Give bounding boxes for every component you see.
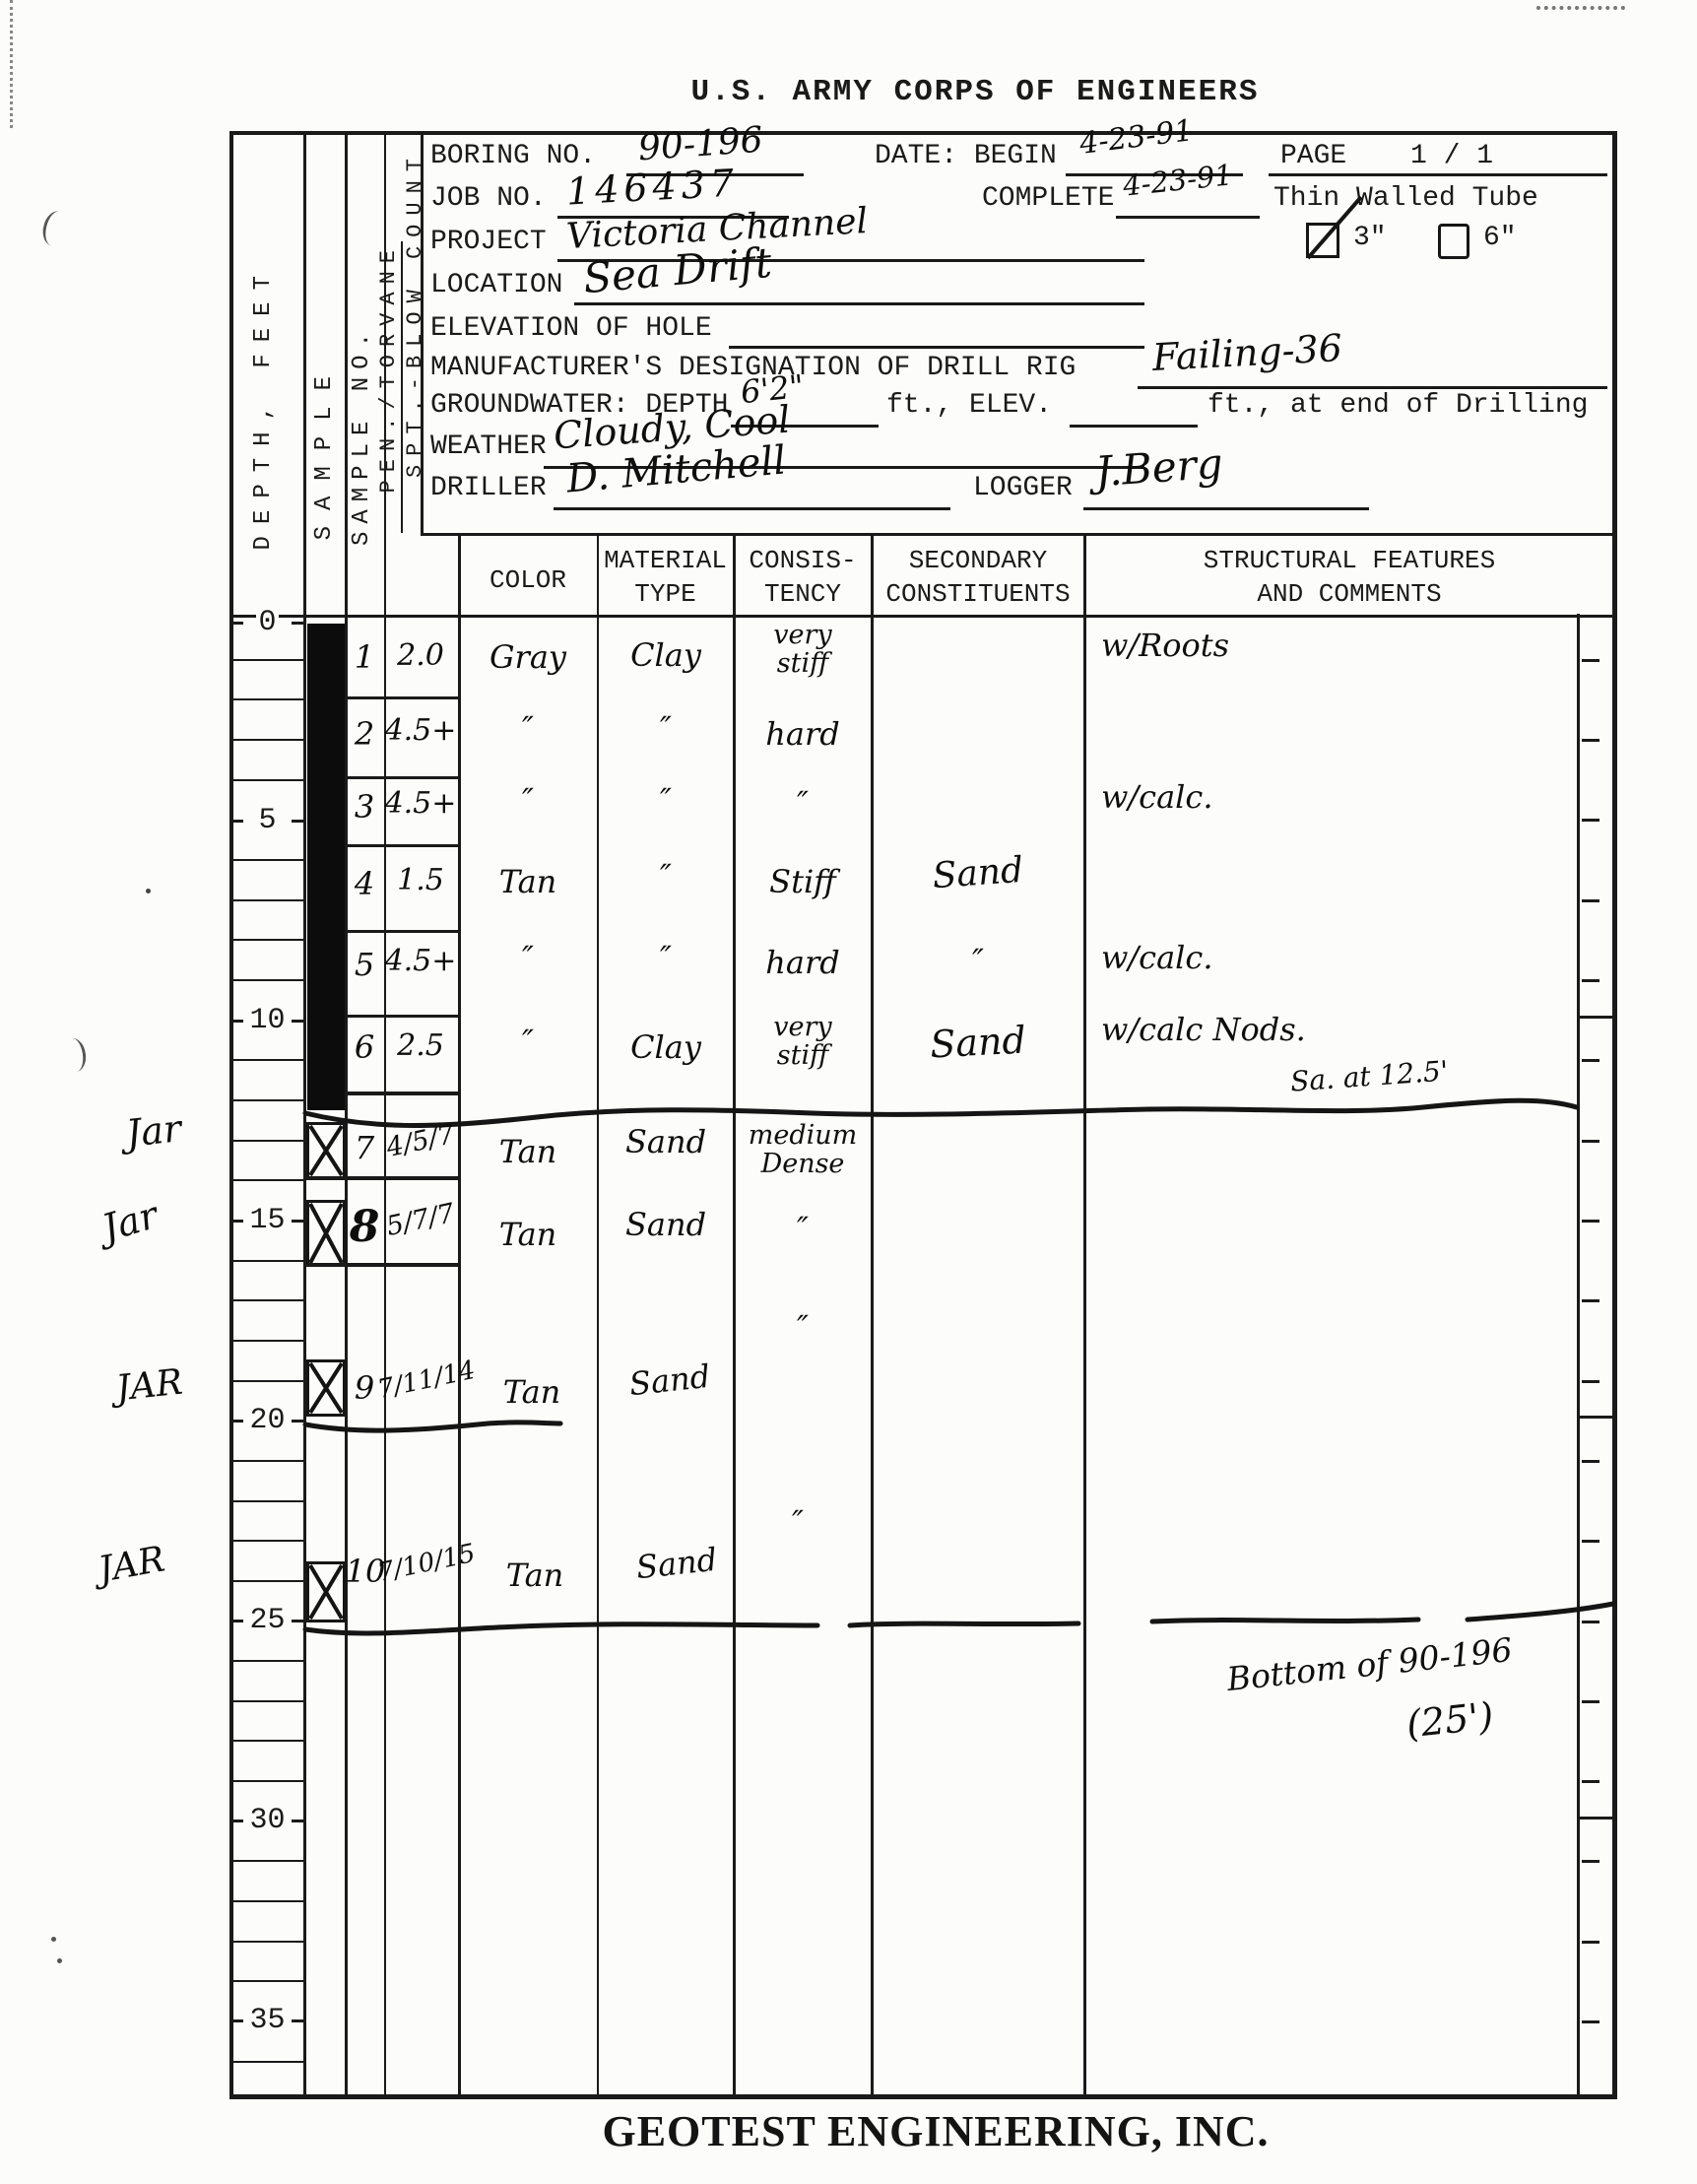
consistency-cell: hard [738,946,868,980]
ruler-tick [232,1580,303,1582]
consistency-cell: ″ [738,1310,868,1345]
material-cell: Clay [602,638,730,673]
secondary-cell: ″ [894,944,1062,978]
material-cell: Sand [602,1208,730,1242]
scan-artifact [51,1937,56,1942]
ruler-tick [232,779,303,781]
ruler-tick [232,739,303,741]
header-material-type: MATERIAL TYPE [598,544,733,611]
logger-label: LOGGER [973,473,1073,503]
scan-artifact [61,1037,89,1074]
ruler-tick [232,1380,303,1382]
tube-6in-checkbox [1438,224,1469,259]
footer-company: GEOTEST ENGINEERING, INC. [552,2106,1320,2156]
depth-label: 35 [231,2001,303,2040]
graphic-log-tick [1582,739,1599,742]
ruler-tick [232,1780,303,1782]
depth-label: 30 [231,1801,303,1840]
tube-6in-label: 6" [1483,223,1517,253]
color-cell: ″ [464,783,592,818]
ruler-tick [232,899,303,901]
graphic-log-tick [1578,1817,1613,1820]
color-cell: Tan [464,865,592,899]
row-divider [303,1176,459,1180]
jar-note: Jar [124,1108,183,1155]
complete-label: COMPLETE [982,183,1114,214]
boring-no-label: BORING NO. [430,141,596,171]
color-cell: ″ [464,941,592,975]
depth-label: 20 [231,1401,303,1440]
scan-artifact [1536,6,1625,10]
ruler-tick [232,1460,303,1462]
graphic-log-tick [1582,1621,1599,1623]
graphic-log-tick [1582,1860,1599,1863]
tube-sample-bar [307,624,345,1110]
page-title: U.S. ARMY CORPS OF ENGINEERS [680,75,1271,109]
bottom-depth-note: (25') [1404,1695,1495,1745]
tube-3in-label: 3" [1353,223,1387,253]
rule-secondary-left [871,533,874,2097]
graphic-log-tick [1582,1780,1599,1783]
sample-no: 1 [345,640,384,675]
graphic-log-tick [1582,1299,1599,1302]
ruler-tick [232,939,303,941]
row-divider [345,844,459,847]
pen-value: 4.5+ [379,946,462,977]
ruler-tick [232,1700,303,1702]
rule-consistency-left [733,533,736,2097]
ruler-tick [232,1900,303,1902]
pen-value: 1.5 [379,865,462,896]
field-underline [1116,216,1260,219]
field-underline [1269,173,1607,176]
col-label-sample-no: SAMPLE NO. [349,325,375,546]
spt-x-marker [306,1359,346,1417]
header-consistency: CONSIS- TENCY [735,544,871,611]
field-underline [574,302,1144,305]
color-cell: Gray [464,640,592,675]
field-underline [1138,386,1607,389]
col-label-sample: SAMPLE [311,361,338,540]
ruler-tick [232,979,303,981]
graphic-log-tick [1582,659,1599,662]
rule-header-row-top [421,533,1616,536]
graphic-log-tick [1582,1220,1599,1223]
consistency-cell: medium Dense [738,1121,868,1178]
sample-no: 2 [345,717,384,752]
graphic-log-tick [1582,1059,1599,1062]
consistency-cell: very stiff [738,1013,868,1070]
stratum-boundary-line [300,1411,566,1440]
graphic-log-tick [1582,899,1599,902]
color-cell: ″ [464,1025,592,1059]
page-value: 1 / 1 [1410,141,1493,171]
rule-material-left [597,533,599,2097]
material-cell: Sand [602,1125,730,1159]
depth-label: 15 [231,1201,303,1240]
color-cell: Tan [464,1135,592,1169]
col-label-pen-torvane: PEN./TORVANE [376,242,401,493]
pen-value: 4.5+ [379,715,462,747]
scan-artifact [10,0,13,128]
sample-no: 6 [345,1030,384,1065]
ruler-tick [232,1299,303,1301]
field-underline [1083,507,1369,510]
ruler-tick [232,1179,303,1181]
scan-artifact [57,1958,62,1963]
depth-label: 25 [231,1601,303,1640]
graphic-log-tick [1582,1700,1599,1703]
col-label-depth-feet: DEPTH, FEET [250,264,277,550]
depth-label: 10 [231,1001,303,1040]
graphic-log-tick [1582,1460,1599,1463]
material-cell: ″ [602,711,730,746]
row-divider [345,1015,459,1018]
row-divider [345,776,459,779]
consistency-cell: ″ [738,1212,868,1246]
ruler-tick [232,1860,303,1862]
job-no-value: 146437 [565,163,740,212]
ruler-tick [232,1260,303,1262]
color-cell: Tan [468,1375,596,1410]
depth-label: 5 [231,801,303,840]
rule-zero-line [229,615,1616,618]
graphic-log-tick [1582,819,1599,822]
stratum-boundary-line [300,1086,1581,1141]
secondary-cell: Sand [893,849,1063,899]
field-underline [1070,425,1198,428]
ruler-tick [232,1099,303,1101]
rule-structural-left [1083,533,1086,2097]
graphic-log-tick [1582,1140,1599,1143]
graphic-log-tick [1578,1416,1613,1419]
graphic-log-tick [1582,1540,1599,1543]
comments-cell: w/calc Nods. [1101,1013,1574,1047]
row-divider [345,696,459,699]
consistency-cell: hard [738,717,868,752]
elevation-label: ELEVATION OF HOLE [430,313,712,344]
sample-no: 5 [345,948,384,982]
pen-value: 2.0 [379,640,462,672]
graphic-log-tick [1582,2020,1599,2023]
consistency-cell: very stiff [738,621,868,678]
row-divider [345,930,459,933]
jar-note: Jar [98,1195,162,1249]
ruler-tick [232,859,303,861]
material-cell: ″ [602,859,730,893]
bottom-of-hole-line [300,1598,1620,1643]
ruler-tick [232,2061,303,2063]
date-begin-label: DATE: BEGIN [875,141,1057,171]
ruler-tick [232,1340,303,1342]
header-secondary-constituents: SECONDARY CONSTITUENTS [873,544,1083,611]
consistency-cell: ″ [738,786,868,821]
jar-note: JAR [114,1364,184,1410]
ruler-tick [232,1140,303,1142]
graphic-log-tick [1582,1380,1599,1383]
groundwater-elev-label: ft., ELEV. [886,390,1052,421]
header-color: COLOR [459,563,597,597]
consistency-cell: ″ [733,1505,863,1540]
field-underline [729,346,1144,349]
complete-date-value: 4-23-91 [1122,160,1235,202]
project-label: PROJECT [430,227,547,257]
blow-count: 5/7/7 [377,1198,464,1243]
rule-graphic-col-left [1577,614,1580,2097]
sample-no: 4 [345,867,384,901]
ruler-tick [232,1540,303,1542]
row-divider [303,1263,459,1267]
graphic-log-tick [1578,1016,1613,1019]
ruler-tick [232,1941,303,1943]
job-no-label: JOB NO. [430,183,547,214]
frame-bottom [229,2094,1616,2099]
drill-rig-value: Failing-36 [1151,328,1343,378]
ruler-tick [232,1740,303,1742]
driller-label: DRILLER [430,473,547,503]
spt-x-marker [306,1200,346,1267]
col-label-spt-blow: SPT.-BLOW COUNT [403,150,427,478]
comments-cell: w/calc. [1101,941,1574,975]
header-structural-features: STRUCTURAL FEATURES AND COMMENTS [1086,544,1612,611]
pen-value: 4.5+ [379,788,462,820]
pen-value: 2.5 [379,1030,462,1062]
graphic-log-tick [1582,979,1599,982]
comments-cell: w/calc. [1101,780,1574,815]
scan-artifact [146,889,151,893]
blow-count: 7/11/14 [375,1358,468,1404]
boring-no-value: 90-196 [637,122,764,169]
ruler-tick [232,1980,303,1982]
material-cell: Clay [602,1030,730,1065]
ruler-tick [232,1059,303,1061]
material-cell: Sand [605,1357,736,1404]
depth-label: 0 [231,603,303,642]
ruler-tick [232,1500,303,1502]
jar-note: JAR [96,1541,167,1590]
consistency-cell: Stiff [738,865,868,899]
color-cell: Tan [464,1218,592,1252]
material-cell: ″ [602,941,730,975]
material-cell: ″ [602,783,730,818]
weather-label: WEATHER [430,431,547,462]
ruler-tick [232,659,303,661]
begin-date-value: 4-23-91 [1077,115,1195,161]
material-cell: Sand [612,1540,743,1587]
frame-top [229,131,1616,135]
color-cell: ″ [464,711,592,746]
ruler-tick [232,698,303,700]
secondary-cell: Sand [893,1019,1063,1068]
rule-color-left [458,533,461,2097]
frame-right [1612,131,1617,2099]
location-label: LOCATION [430,270,562,300]
sample-no: 3 [345,790,384,825]
blow-count: 7/10/15 [375,1542,468,1587]
comments-cell: w/Roots [1101,629,1574,663]
ruler-tick [232,1660,303,1662]
color-cell: Tan [471,1558,599,1593]
graphic-log-tick [1582,1941,1599,1944]
scan-artifact [39,209,72,249]
groundwater-end-label: ft., at end of Drilling [1207,390,1588,421]
page-label: PAGE [1280,141,1346,171]
field-underline [554,507,950,510]
boring-log-page: U.S. ARMY CORPS OF ENGINEERS GEOTEST ENG… [0,0,1697,2184]
logger-value: J.Berg [1094,441,1224,495]
